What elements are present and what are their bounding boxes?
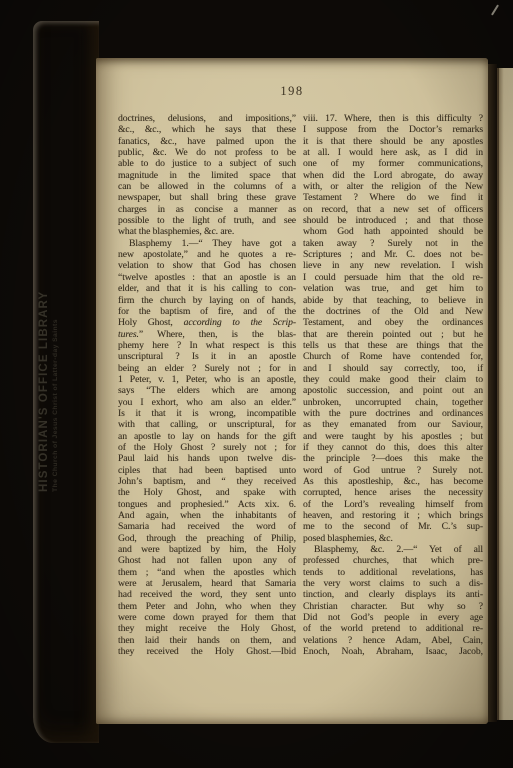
text-line: able to do justice to a subject of such [118, 158, 296, 169]
text-line: and I should say correctly, too, if [303, 363, 483, 374]
text-line: I suppose from the Doctor’s remarks [303, 124, 483, 135]
text-line: you I exhort, who am also an elder.” [118, 397, 296, 408]
text-line: they received the Holy Ghost.—Ibid [118, 646, 296, 657]
text-line: the principle ?—does this make the [303, 453, 483, 464]
text-line: viii. 17. Where, then is this difficulty… [303, 113, 483, 124]
text-line: can be allowed in the columns of a [118, 181, 296, 192]
text-line: and were taught by his apostles ; but [303, 431, 483, 442]
text-line: tinction, and clearly displays its anti- [303, 589, 483, 600]
text-line: when did the Lord abrogate, do away [303, 170, 483, 181]
text-line: John’s baptism, and “ they received [118, 476, 296, 487]
text-line: them Peter and John, who when they [118, 601, 296, 612]
text-line: unscriptural ? Is it in an apostle [118, 351, 296, 362]
text-line: 1 Peter, v. 1, Peter, who is an apostle, [118, 374, 296, 385]
text-line: Testament ? Where do we find it [303, 192, 483, 203]
text-line: at all. I would here ask, as I did in [303, 147, 483, 158]
text-line: then laid their hands on them, and [118, 635, 296, 646]
text-line: velation to show that God has chosen [118, 260, 296, 271]
text-line: were come down prayed for them that [118, 612, 296, 623]
text-line: Paul laid his hands upon twelve dis- [118, 453, 296, 464]
text-line: phemy here ? In what respect is this [118, 340, 296, 351]
text-line: taken away ? Surely not in the [303, 238, 483, 249]
text-line: of the world pretend to additional re- [303, 623, 483, 634]
text-line: corrupted, hence arises the necessity [303, 487, 483, 498]
text-line: new apostolate,” and he quotes a re- [118, 249, 296, 260]
text-line: them ; “and when the apostles which [118, 567, 296, 578]
text-line: abide by that teaching, to believe in [303, 295, 483, 306]
text-line: Did not God’s people in every age [303, 612, 483, 623]
text-line: magnitude in the limited space that [118, 170, 296, 181]
text-line: the very worst claims to such a dis- [303, 578, 483, 589]
text-line: ciples that had been baptised unto [118, 465, 296, 476]
text-line: Blasphemy, &c. 2.—“ Yet of all [303, 544, 483, 555]
text-line: tongues and prophesied.” Acts xix. 6. [118, 499, 296, 510]
text-line: had received the word, they sent unto [118, 589, 296, 600]
text-line: charges in as concise a manner as [118, 204, 296, 215]
text-line: they could make good their claim to [303, 374, 483, 385]
text-columns: doctrines, delusions, and impositions,”&… [118, 113, 483, 658]
photo-background: HISTORIAN'S OFFICE LIBRARY The Church of… [0, 0, 513, 768]
text-line: “twelve apostles : that an apostle is an [118, 272, 296, 283]
text-line: fanatics, &c., have palmed upon the [118, 136, 296, 147]
adjacent-page-edge [497, 68, 513, 720]
text-line: whom God hath appointed should be [303, 226, 483, 237]
text-line: says “The elders which are among [118, 385, 296, 396]
text-line: I could persuade him that the old re- [303, 272, 483, 283]
text-line: elder, and that it is his calling to con… [118, 283, 296, 294]
page-gutter-shadow [488, 64, 497, 722]
text-line: Is it that it is wrong, incompatible [118, 408, 296, 419]
text-column-right: viii. 17. Where, then is this difficulty… [303, 113, 483, 658]
text-line: with that calling, or unscriptural, for [118, 419, 296, 430]
text-line: &c., &c., which he says that these [118, 124, 296, 135]
text-line: on record, that a new set of officers [303, 204, 483, 215]
scratch-mark [491, 4, 499, 15]
text-line: one of my former communications, [303, 158, 483, 169]
text-line: Holy Ghost, according to the Scrip- [118, 317, 296, 328]
text-line: public, &c. We do not profess to be [118, 147, 296, 158]
text-line: of the Lord’s revealing himself from [303, 499, 483, 510]
text-line: if they cannot do this, does this alter [303, 442, 483, 453]
text-line: tures.” Where, then, is the blas- [118, 329, 296, 340]
library-stamp: HISTORIAN'S OFFICE LIBRARY The Church of… [37, 256, 60, 492]
text-line: an apostle to lay on hands for the gift [118, 431, 296, 442]
text-line: apostolic succession, and point out an [303, 385, 483, 396]
text-line: professed churches, that which pre- [303, 555, 483, 566]
text-line: for the baptism of fire, and of the [118, 306, 296, 317]
text-line: Samaria had received the word of [118, 521, 296, 532]
text-line: God, through the preaching of Philip, [118, 533, 296, 544]
text-line: that are therein pointed out ; but he [303, 329, 483, 340]
text-line: should be introduced ; and that those [303, 215, 483, 226]
text-line: word of God untrue ? Surely not. [303, 465, 483, 476]
text-line: Christian character. But why so ? [303, 601, 483, 612]
text-line: they might receive the Holy Ghost, [118, 623, 296, 634]
text-line: tends to additional revelations, has [303, 567, 483, 578]
text-line: what the blasphemies, &c. are. [118, 226, 296, 237]
text-line: the Holy Ghost, and spake with [118, 487, 296, 498]
text-line: and were baptized by him, the Holy [118, 544, 296, 555]
text-line: Testament, and obey the ordinances [303, 317, 483, 328]
text-line: it is that there should be any apostles [303, 136, 483, 147]
text-line: of the Holy Ghost ? surely not ; for [118, 442, 296, 453]
text-line: Ghost had not fallen upon any of [118, 555, 296, 566]
text-line: Blasphemy 1.—“ They have got a [118, 238, 296, 249]
text-line: newspaper, but shall bring these grave [118, 192, 296, 203]
text-line: As this apostleship, &c., has become [303, 476, 483, 487]
text-line: posed blasphemies, &c. [303, 533, 483, 544]
stamp-line-1: HISTORIAN'S OFFICE LIBRARY [37, 256, 51, 492]
text-line: tells us that these are things that the [303, 340, 483, 351]
text-line: doctrines, delusions, and impositions,” [118, 113, 296, 124]
text-line: as they emanated from our Saviour, [303, 419, 483, 430]
book-page: 198 doctrines, delusions, and imposition… [96, 58, 488, 724]
text-line: me to the second of Mr. C.’s sup- [303, 521, 483, 532]
text-line: the doctrines of the Old and New [303, 306, 483, 317]
text-line: velation was true, and get him to [303, 283, 483, 294]
text-line: lieve in any new revelation. I wish [303, 260, 483, 271]
text-line: unbroken, uncorrupted chain, together [303, 397, 483, 408]
stamp-line-2: The Church of Jesus Christ of Latter-day… [51, 256, 60, 492]
text-line: possible to the light of truth, and see [118, 215, 296, 226]
text-line: And again, when the inhabitants of [118, 510, 296, 521]
text-line: with, or alter the religion of the New [303, 181, 483, 192]
page-number: 198 [96, 84, 488, 99]
text-line: with the pure doctrines and ordinances [303, 408, 483, 419]
text-line: Scriptures ; and Mr. C. does not be- [303, 249, 483, 260]
text-line: Enoch, Noah, Abraham, Isaac, Jacob, [303, 646, 483, 657]
text-line: were at Jerusalem, heard that Samaria [118, 578, 296, 589]
text-column-left: doctrines, delusions, and impositions,”&… [118, 113, 296, 658]
text-line: firm the church by laying on of hands, [118, 295, 296, 306]
text-line: being an elder ? Surely not ; for in [118, 363, 296, 374]
text-line: heaven, and restoring it ; which brings [303, 510, 483, 521]
text-line: Church of Rome have contended for, [303, 351, 483, 362]
text-line: velations ? hence Adam, Abel, Cain, [303, 635, 483, 646]
